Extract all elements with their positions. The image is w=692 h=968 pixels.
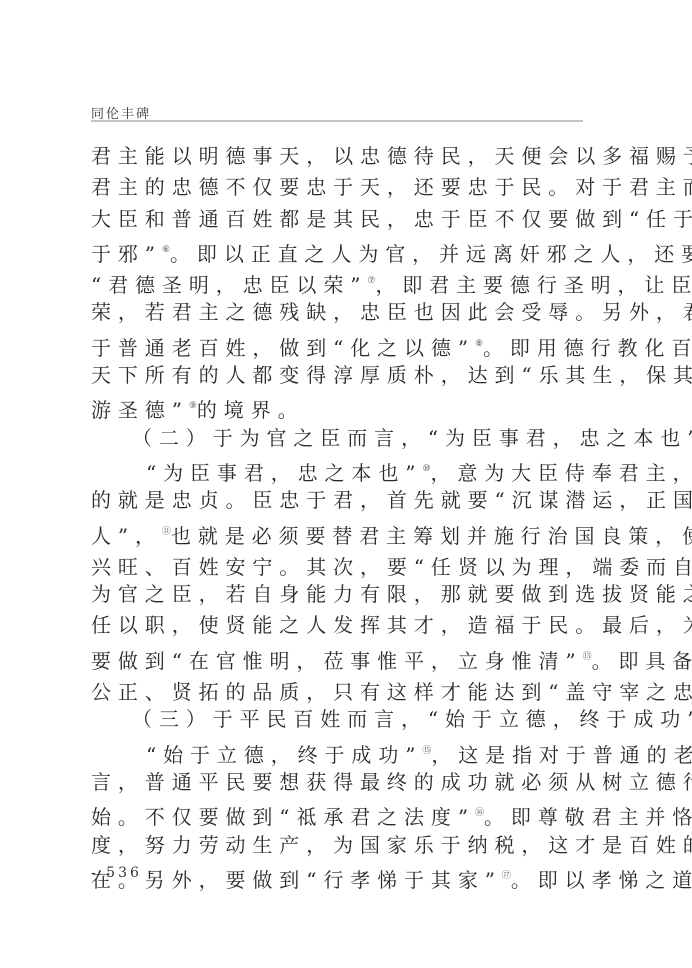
text-line: “为臣事君，忠之本也”⑩，意为大臣侍奉君主，最根本 bbox=[91, 457, 591, 488]
footnote-marker: ⑧ bbox=[475, 339, 483, 349]
text-segment: 言，普通平民要想获得最终的成功就必须从树立德行开 bbox=[91, 770, 692, 794]
text-segment: 的境界。 bbox=[197, 398, 305, 422]
text-line: “始于立德，终于成功”⑮，这是指对于普通的老百姓而 bbox=[91, 739, 591, 770]
text-line: 人”，⑪也就是必须要替君主筹划并施行治国良策，使国家 bbox=[91, 520, 591, 551]
text-line: 始。不仅要做到“祗承君之法度”⑯。即尊敬君主并恪守法 bbox=[91, 801, 591, 832]
text-segment: 。即以正直之人为官，并远离奸邪之人，还要做到 bbox=[170, 242, 692, 266]
text-segment: 天下所有的人都变得淳厚质朴，达到“乐其生，保其寿，优 bbox=[91, 363, 692, 387]
text-segment: 君主的忠德不仅要忠于天，还要忠于民。对于君主而言， bbox=[91, 175, 692, 199]
text-line: 在。另外，要做到“行孝悌于其家”⑰。即以孝悌之道去治 bbox=[91, 864, 591, 895]
text-segment: 任以职，使贤能之人发挥其才，造福于民。最后，为官之人 bbox=[91, 613, 692, 637]
section-heading: （二）于为官之臣而言，“为臣事君，忠之本也” bbox=[91, 426, 591, 457]
text-segment: 游圣德” bbox=[91, 398, 189, 422]
text-segment: 公正、贤拓的品质，只有这样才能达到“盖守宰之忠也” bbox=[91, 680, 692, 704]
text-line: 的就是忠贞。臣忠于君，首先就要“沉谋潜运，正国安 bbox=[91, 488, 591, 519]
text-line: 天下所有的人都变得淳厚质朴，达到“乐其生，保其寿，优 bbox=[91, 363, 591, 394]
text-segment: 人”， bbox=[91, 524, 162, 548]
section-heading: （三）于平民百姓而言，“始于立德，终于成功” bbox=[91, 707, 591, 738]
text-line: 君主的忠德不仅要忠于天，还要忠于民。对于君主而言， bbox=[91, 175, 591, 206]
footnote-marker: ⑪ bbox=[162, 527, 171, 537]
page-number: - 536 - bbox=[91, 865, 157, 881]
text-line: 大臣和普通百姓都是其民，忠于臣不仅要做到“任于政，去 bbox=[91, 207, 591, 238]
text-line: 任以职，使贤能之人发挥其才，造福于民。最后，为官之人 bbox=[91, 613, 591, 644]
text-line: 为官之臣，若自身能力有限，那就要做到选拔贤能之人并 bbox=[91, 582, 591, 613]
body-text: 君主能以明德事天，以忠德待民，天便会以多福赐予他。君主的忠德不仅要忠于天，还要忠… bbox=[91, 144, 591, 895]
text-segment: 荣，若君主之德残缺，忠臣也因此会受辱。另外，君还要忠 bbox=[91, 300, 692, 324]
header-rule bbox=[91, 120, 583, 122]
text-segment: 也就是必须要替君主筹划并施行治国良策，使国家 bbox=[171, 524, 692, 548]
text-segment: 度，努力劳动生产，为国家乐于纳税，这才是百姓的忠贞所 bbox=[91, 833, 692, 857]
text-line: 度，努力劳动生产，为国家乐于纳税，这才是百姓的忠贞所 bbox=[91, 833, 591, 864]
text-segment: “君德圣明，忠臣以荣” bbox=[91, 273, 367, 297]
text-segment: （三）于平民百姓而言，“始于立德，终于成功” bbox=[132, 707, 692, 731]
text-segment: ，即君主要德行圣明，让臣以君为 bbox=[375, 273, 692, 297]
text-line: 于邪”⑥。即以正直之人为官，并远离奸邪之人，还要做到 bbox=[91, 238, 591, 269]
text-segment: “为臣事君，忠之本也” bbox=[146, 461, 422, 485]
text-line: 兴旺、百姓安宁。其次，要“任贤以为理，端委而自化”⑫。 bbox=[91, 551, 591, 582]
footnote-marker: ⑥ bbox=[162, 245, 170, 255]
text-line: 于普通老百姓，做到“化之以德”⑧。即用德行教化百姓，让 bbox=[91, 332, 591, 363]
text-segment: 。即具备清平、 bbox=[592, 649, 692, 673]
footnote-marker: ⑨ bbox=[189, 401, 197, 411]
text-segment: 。即尊敬君主并恪守法 bbox=[484, 805, 692, 829]
text-segment: （二）于为官之臣而言，“为臣事君，忠之本也” bbox=[132, 426, 692, 450]
text-segment: 。即以孝悌之道去治 bbox=[511, 868, 692, 892]
text-segment: 于普通老百姓，做到“化之以德” bbox=[91, 336, 475, 360]
text-line: 荣，若君主之德残缺，忠臣也因此会受辱。另外，君还要忠 bbox=[91, 300, 591, 331]
text-segment: 为官之臣，若自身能力有限，那就要做到选拔贤能之人并 bbox=[91, 582, 692, 606]
text-line: 要做到“在官惟明，莅事惟平，立身惟清”⑬。即具备清平、 bbox=[91, 645, 591, 676]
text-line: 公正、贤拓的品质，只有这样才能达到“盖守宰之忠也”⑭。 bbox=[91, 676, 591, 707]
text-line: “君德圣明，忠臣以荣”⑦，即君主要德行圣明，让臣以君为 bbox=[91, 269, 591, 300]
text-segment: ，意为大臣侍奉君主，最根本 bbox=[430, 461, 692, 485]
text-line: 游圣德”⑨的境界。 bbox=[91, 394, 591, 425]
text-line: 言，普通平民要想获得最终的成功就必须从树立德行开 bbox=[91, 770, 591, 801]
text-segment: 君主能以明德事天，以忠德待民，天便会以多福赐予他。 bbox=[91, 144, 692, 168]
text-segment: 的就是忠贞。臣忠于君，首先就要“沉谋潜运，正国安 bbox=[91, 488, 692, 512]
text-segment: “始于立德，终于成功” bbox=[146, 743, 422, 767]
footnote-marker: ⑬ bbox=[583, 652, 592, 662]
text-segment: 始。不仅要做到“祗承君之法度” bbox=[91, 805, 475, 829]
footnote-marker: ⑯ bbox=[475, 808, 484, 818]
text-segment: 于邪” bbox=[91, 242, 162, 266]
text-segment: 。即用德行教化百姓，让 bbox=[483, 336, 692, 360]
text-line: 君主能以明德事天，以忠德待民，天便会以多福赐予他。 bbox=[91, 144, 591, 175]
text-segment: 兴旺、百姓安宁。其次，要“任贤以为理，端委而自化” bbox=[91, 555, 692, 579]
footnote-marker: ⑰ bbox=[502, 871, 511, 881]
text-segment: 要做到“在官惟明，莅事惟平，立身惟清” bbox=[91, 649, 583, 673]
text-segment: 大臣和普通百姓都是其民，忠于臣不仅要做到“任于政，去 bbox=[91, 207, 692, 231]
text-segment: ，这是指对于普通的老百姓而 bbox=[431, 743, 692, 767]
